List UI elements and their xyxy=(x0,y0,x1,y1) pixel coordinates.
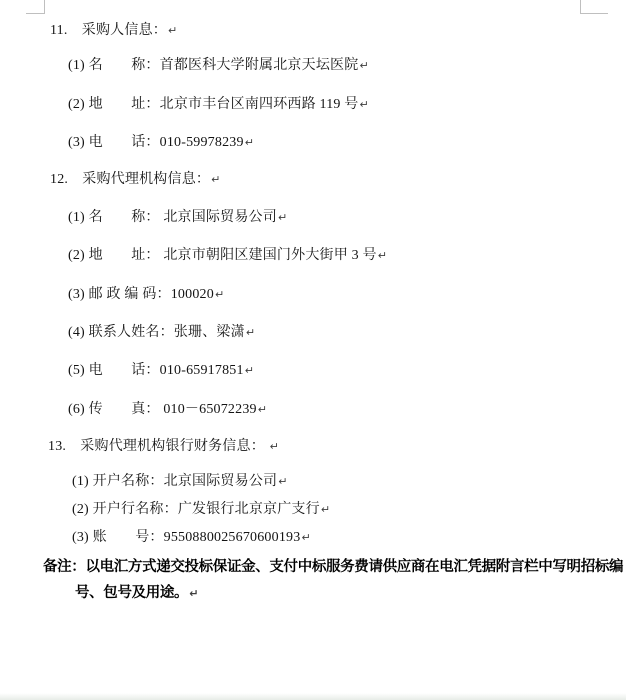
paragraph-mark: ↵ xyxy=(301,531,310,544)
section-13-heading-text: 13. 采购代理机构银行财务信息： xyxy=(48,439,269,454)
section-12-item-address: (2) 地 址： 北京市朝阳区建国门外大街甲 3 号↵ xyxy=(68,248,387,263)
section-12-item-name: (1) 名 称： 北京国际贸易公司↵ xyxy=(68,210,287,225)
item-text: (3) 账 号：9550880025670600193 xyxy=(72,530,300,545)
document-page: 11. 采购人信息：↵ (1) 名 称：首都医科大学附属北京天坛医院↵ (2) … xyxy=(0,0,626,700)
section-12-item-contacts: (4) 联系人姓名：张珊、梁潇↵ xyxy=(68,325,255,340)
remark-text: 号、包号及用途。 xyxy=(75,585,188,601)
section-11-item-phone: (3) 电 话：010-59978239↵ xyxy=(68,135,254,150)
paragraph-mark: ↵ xyxy=(378,249,387,262)
paragraph-mark: ↵ xyxy=(246,326,255,339)
margin-crop-mark-top-right xyxy=(580,0,608,14)
remark-line-2: 号、包号及用途。↵ xyxy=(75,586,198,601)
margin-crop-mark-top-left xyxy=(26,0,45,14)
paragraph-mark: ↵ xyxy=(270,440,279,453)
section-12-item-fax: (6) 传 真： 010－65072239↵ xyxy=(68,402,267,417)
paragraph-mark: ↵ xyxy=(245,136,254,149)
item-text: (2) 开户行名称：广发银行北京京广支行 xyxy=(72,502,320,517)
remark-line-1: 备注：以电汇方式递交投标保证金、支付中标服务费请供应商在电汇凭据附言栏中写明招标… xyxy=(43,560,623,575)
section-11-item-name: (1) 名 称：首都医科大学附属北京天坛医院↵ xyxy=(68,58,369,73)
remark-text: 备注：以电汇方式递交投标保证金、支付中标服务费请供应商在电汇凭据附言栏中写明招标… xyxy=(43,559,623,575)
section-12-item-postcode: (3) 邮 政 编 码：100020↵ xyxy=(68,287,224,302)
paragraph-mark: ↵ xyxy=(359,59,368,72)
item-text: (3) 邮 政 编 码：100020 xyxy=(68,287,214,302)
paragraph-mark: ↵ xyxy=(321,503,330,516)
item-text: (1) 名 称： 北京国际贸易公司 xyxy=(68,210,277,225)
paragraph-mark: ↵ xyxy=(211,173,220,186)
item-text: (6) 传 真： 010－65072239 xyxy=(68,402,257,417)
paragraph-mark: ↵ xyxy=(245,364,254,377)
paragraph-mark: ↵ xyxy=(168,24,177,37)
item-text: (1) 开户名称：北京国际贸易公司 xyxy=(72,474,277,489)
item-text: (2) 地 址：北京市丰台区南四环西路 119 号 xyxy=(68,97,359,112)
paragraph-mark: ↵ xyxy=(215,288,224,301)
section-13-heading: 13. 采购代理机构银行财务信息： ↵ xyxy=(48,439,279,454)
paragraph-mark: ↵ xyxy=(189,587,198,600)
item-text: (4) 联系人姓名：张珊、梁潇 xyxy=(68,325,245,340)
item-text: (2) 地 址： 北京市朝阳区建国门外大街甲 3 号 xyxy=(68,248,377,263)
section-11-item-address: (2) 地 址：北京市丰台区南四环西路 119 号↵ xyxy=(68,97,369,112)
section-12-heading: 12. 采购代理机构信息：↵ xyxy=(50,172,220,187)
paragraph-mark: ↵ xyxy=(360,98,369,111)
item-text: (3) 电 话：010-59978239 xyxy=(68,135,244,150)
section-12-heading-text: 12. 采购代理机构信息： xyxy=(50,172,210,187)
item-text: (5) 电 话：010-65917851 xyxy=(68,363,244,378)
paragraph-mark: ↵ xyxy=(278,475,287,488)
section-13-item-bank-name: (2) 开户行名称：广发银行北京京广支行↵ xyxy=(72,502,330,517)
paragraph-mark: ↵ xyxy=(278,211,287,224)
section-11-heading: 11. 采购人信息：↵ xyxy=(50,23,177,38)
section-13-item-account-number: (3) 账 号：9550880025670600193↵ xyxy=(72,530,311,545)
page-bottom-shadow xyxy=(0,693,626,700)
item-text: (1) 名 称：首都医科大学附属北京天坛医院 xyxy=(68,58,358,73)
section-11-heading-text: 11. 采购人信息： xyxy=(50,23,167,38)
paragraph-mark: ↵ xyxy=(258,403,267,416)
section-13-item-account-name: (1) 开户名称：北京国际贸易公司↵ xyxy=(72,474,287,489)
section-12-item-phone: (5) 电 话：010-65917851↵ xyxy=(68,363,254,378)
